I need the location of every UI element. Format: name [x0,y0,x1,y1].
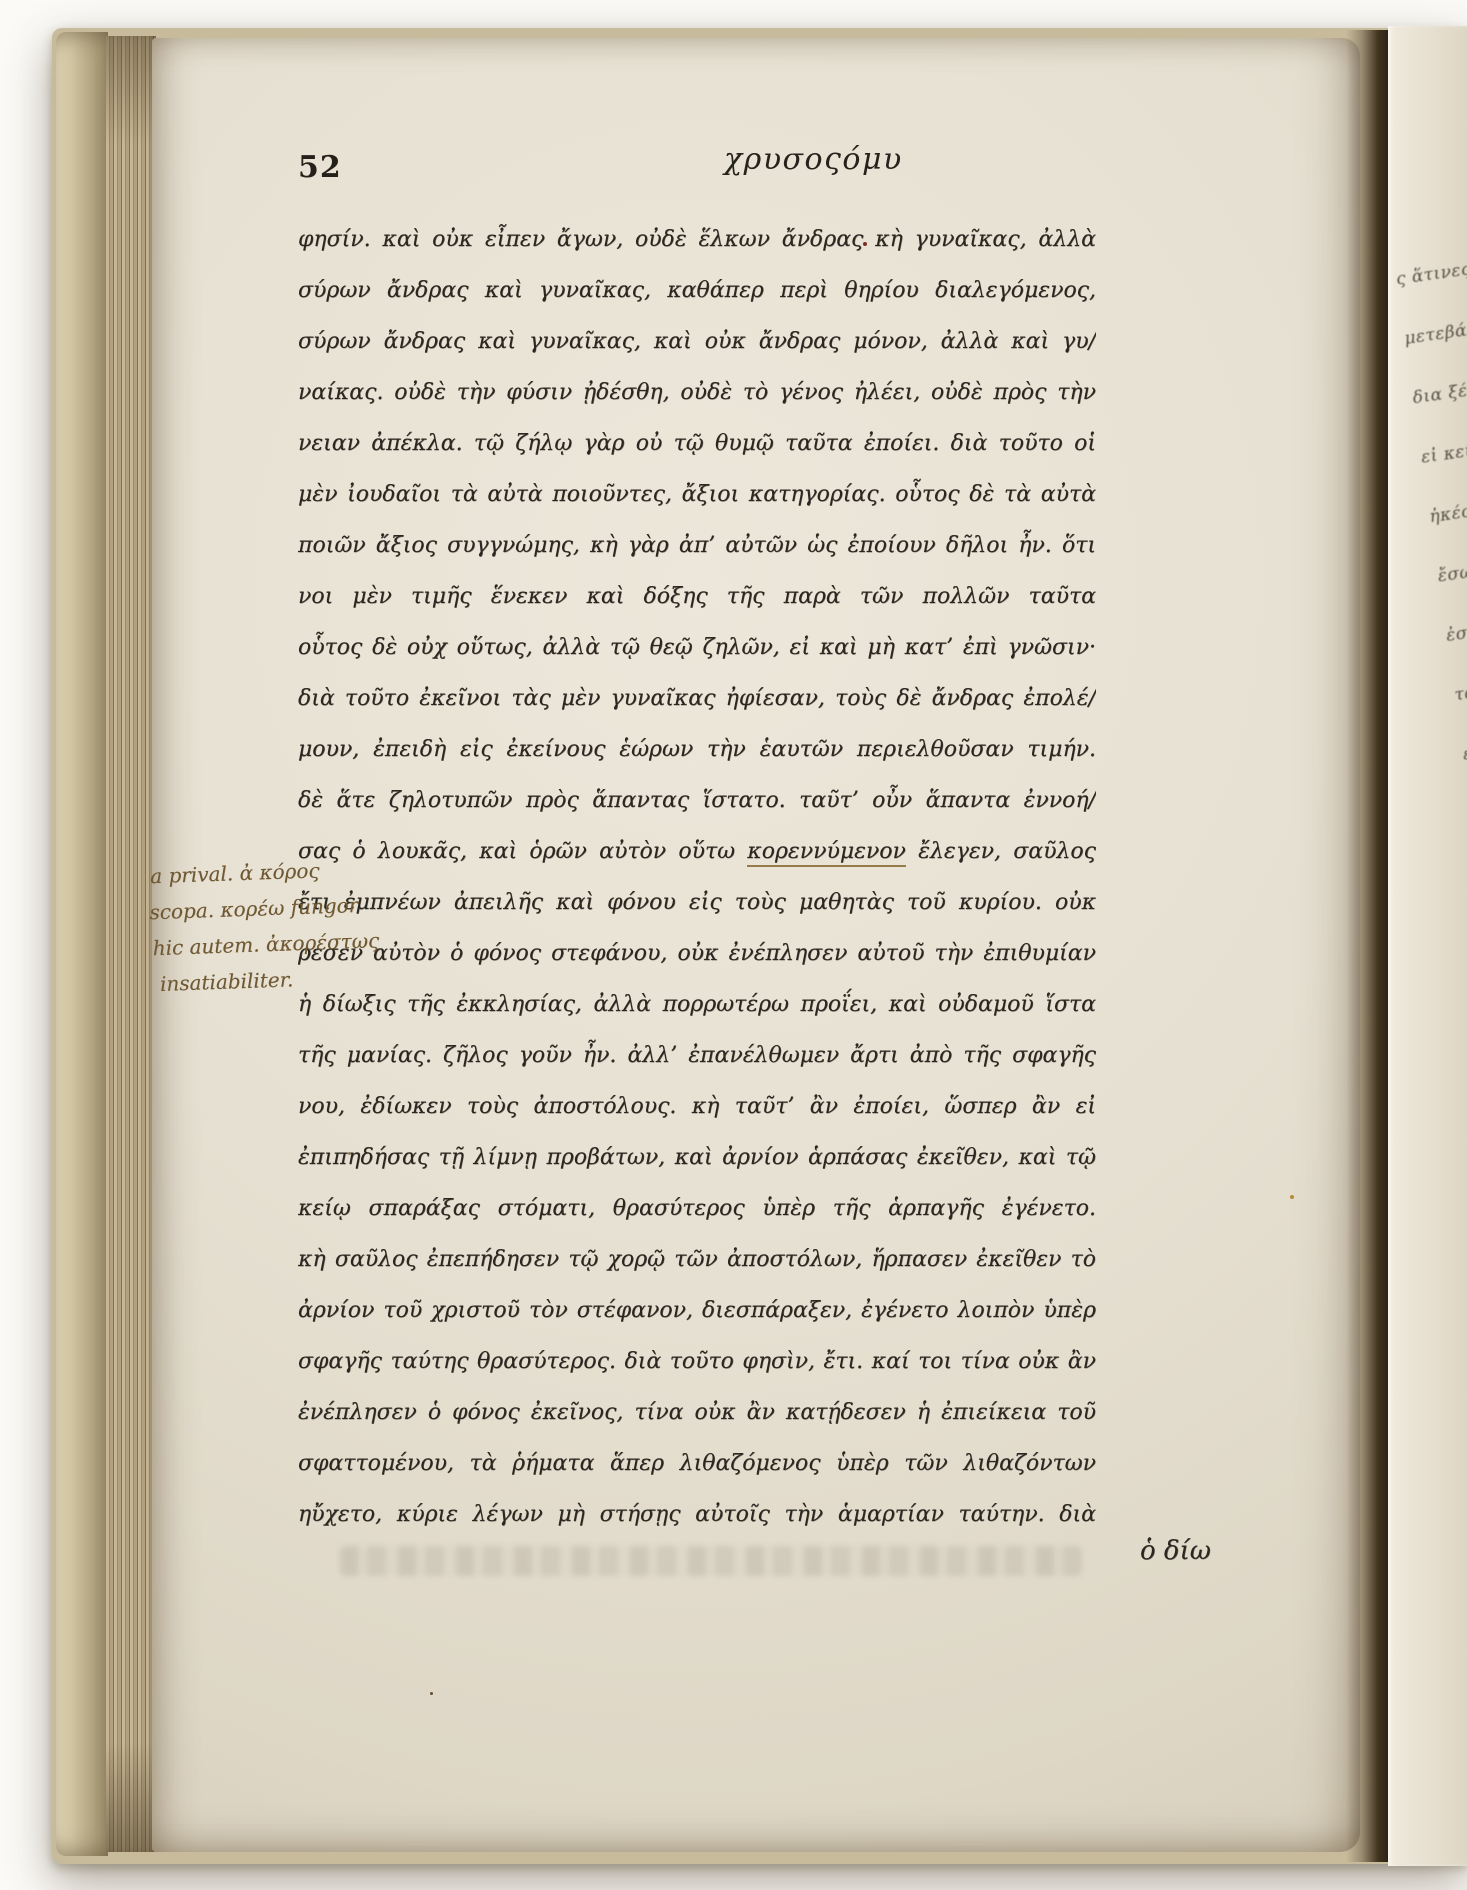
paper-speck [348,1152,351,1155]
text-line: ρεσεν αὐτὸν ὁ φόνος στεφάνου, οὐκ ἐνέπλη… [298,928,1096,979]
text-line: σύρων ἄνδρας καὶ γυναῖκας, καὶ οὐκ ἄνδρα… [298,316,1096,367]
text-line: σφαττομένου, τὰ ῥήματα ἅπερ λιθαζόμενος … [298,1438,1096,1489]
paper-speck [863,242,867,246]
text-line: νου, ἐδίωκεν τοὺς ἀποστόλους. κὴ ταῦτ’ ἂ… [298,1081,1096,1132]
text-line: ἡ δίωξις τῆς ἐκκλησίας, ἀλλὰ πορρωτέρω π… [298,979,1096,1030]
page-edges-stack [106,36,156,1852]
text-line: ἐπιπηδήσας τῇ λίμνῃ προβάτων, καὶ ἀρνίον… [298,1132,1096,1183]
text-line: φησίν. καὶ οὐκ εἶπεν ἄγων, οὐδὲ ἕλκων ἄν… [298,214,1096,265]
adjacent-page-text: ς ἅτινες ἐυαγγελιζόμμετεβάλλεν ὁ κῆρυξ φ… [1392,192,1467,1558]
body-text-block: φησίν. καὶ οὐκ εἶπεν ἄγων, οὐδὲ ἕλκων ἄν… [298,214,1096,1540]
paper-speck [1290,1195,1294,1199]
text-line: νοι μὲν τιμῆς ἕνεκεν καὶ δόξης τῆς παρὰ … [298,571,1096,622]
text-line: ἀρνίον τοῦ χριστοῦ τὸν στέφανον, διεσπάρ… [298,1285,1096,1336]
text-line: ἐνέπλησεν ὁ φόνος ἐκεῖνος, τίνα οὐκ ἂν κ… [298,1387,1096,1438]
text-line: σας ὁ λουκᾶς, καὶ ὁρῶν αὐτὸν οὕτω κορενν… [298,826,1096,877]
page-number: 52 [298,150,342,185]
text-line: σύρων ἄνδρας καὶ γυναῖκας, καθάπερ περὶ … [298,265,1096,316]
text-line: ναίκας. οὐδὲ τὴν φύσιν ᾐδέσθη, οὐδὲ τὸ γ… [298,367,1096,418]
adjacent-page-line: ς ἅτινες ἐυαγγελιζόμ [1392,192,1467,310]
text-line: δὲ ἅτε ζηλοτυπῶν πρὸς ἅπαντας ἵστατο. τα… [298,775,1096,826]
book-cover-edge [56,32,108,1856]
show-through-text [340,1546,1082,1576]
page-gap-shadow [1346,30,1392,1862]
text-line: μουν, ἐπειδὴ εἰς ἐκείνους ἑώρων τὴν ἑαυτ… [298,724,1096,775]
running-title: χρυσοςόμυ [724,142,903,177]
text-line: κείῳ σπαράξας στόματι, θρασύτερος ὑπὲρ τ… [298,1183,1096,1234]
text-line: ποιῶν ἄξιος συγγνώμης, κὴ γὰρ ἀπ’ αὐτῶν … [298,520,1096,571]
text-line: κὴ σαῦλος ἐπεπήδησεν τῷ χορῷ τῶν ἀποστόλ… [298,1234,1096,1285]
paper-speck [430,1692,433,1695]
text-line: οὗτος δὲ οὐχ οὕτως, ἀλλὰ τῷ θεῷ ζηλῶν, ε… [298,622,1096,673]
underlined-word: κορεννύμενον [747,839,906,867]
text-line: ηὔχετο, κύριε λέγων μὴ στήσῃς αὐτοῖς τὴν… [298,1489,1096,1540]
text-line: διὰ τοῦτο ἐκεῖνοι τὰς μὲν γυναῖκας ἠφίεσ… [298,673,1096,724]
catchword: ὁ δίω [1140,1536,1211,1566]
text-line: ἔτι ἐμπνέων ἀπειλῆς καὶ φόνου εἰς τοὺς μ… [298,877,1096,928]
book-page: 52 χρυσοςόμυ φησίν. καὶ οὐκ εἶπεν ἄγων, … [152,38,1360,1852]
text-line: σφαγῆς ταύτης θρασύτερος. διὰ τοῦτο φησὶ… [298,1336,1096,1387]
text-line: τῆς μανίας. ζῆλος γοῦν ἦν. ἀλλ’ ἐπανέλθω… [298,1030,1096,1081]
text-line: νειαν ἀπέκλα. τῷ ζήλῳ γὰρ οὐ τῷ θυμῷ ταῦ… [298,418,1096,469]
handwritten-margin-note: a prival. ἀ κόροςscopa. κορέω fungorhic … [150,850,395,1002]
text-line: μὲν ἰουδαῖοι τὰ αὐτὰ ποιοῦντες, ἄξιοι κα… [298,469,1096,520]
adjacent-page: ς ἅτινες ἐυαγγελιζόμμετεβάλλεν ὁ κῆρυξ φ… [1388,26,1467,1866]
